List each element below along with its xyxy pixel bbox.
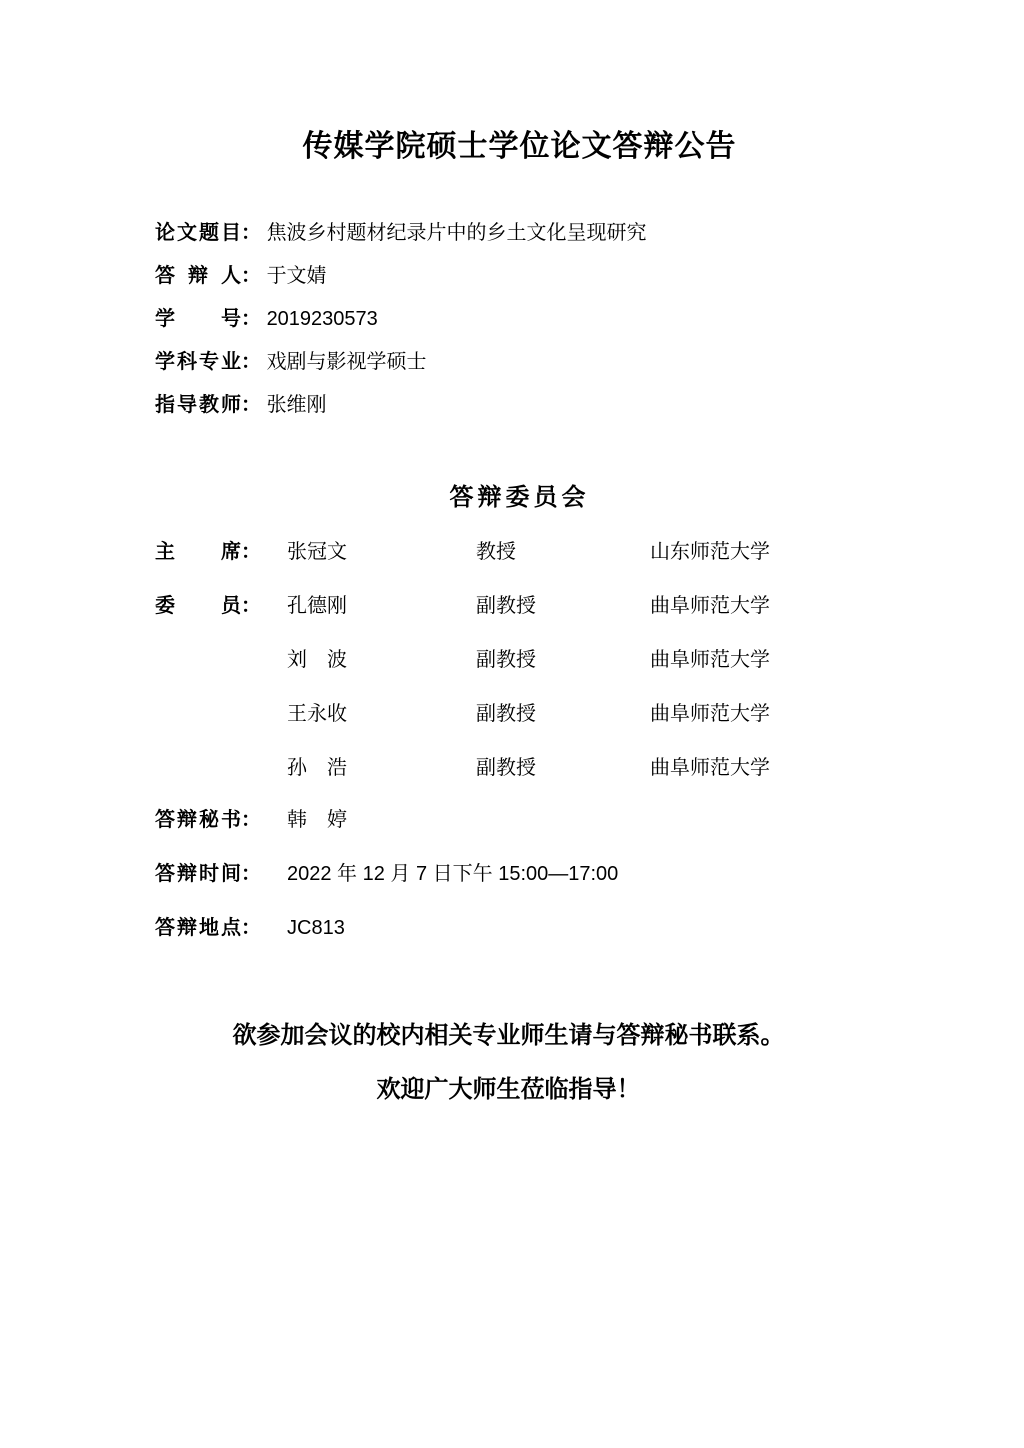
field-thesis-title: 论文题目： 焦波乡村题材纪录片中的乡土文化呈现研究 [155,221,884,245]
committee-row-member: 孙 浩 副教授 曲阜师范大学 [155,756,884,780]
colon: ： [241,809,261,831]
committee-member-name: 孙 浩 [287,756,476,780]
committee-row-chair: 主席： 张冠文 教授 山东师范大学 [155,540,884,564]
committee-row-member: 刘 波 副教授 曲阜师范大学 [155,648,884,672]
field-value: 戏剧与影视学硕士 [267,351,427,373]
detail-value: 2022 年 12 月 7 日下午 15:00—17:00 [287,862,618,886]
field-advisor: 指导教师： 张维刚 [155,393,884,417]
committee-member-name: 孔德刚 [287,594,476,618]
committee-member-name: 张冠文 [287,540,476,564]
field-value: 于文婧 [267,265,327,287]
colon: ： [241,265,261,287]
committee-role [155,648,287,672]
field-value: 焦波乡村题材纪录片中的乡土文化呈现研究 [267,222,647,244]
committee-role [155,756,287,780]
committee-member-title: 副教授 [476,648,650,672]
field-label: 学号： [155,308,261,330]
colon: ： [241,351,261,373]
detail-label: 答辩秘书： [155,808,287,832]
field-major: 学科专业： 戏剧与影视学硕士 [155,350,884,374]
field-student-id: 学号： 2019230573 [155,307,884,331]
committee-role: 主席： [155,540,287,564]
announcement-page: 传媒学院硕士学位论文答辩公告 论文题目： 焦波乡村题材纪录片中的乡土文化呈现研究… [0,0,1024,1448]
field-label: 学科专业： [155,351,261,373]
committee-member-affiliation: 曲阜师范大学 [650,702,770,726]
committee-member-title: 副教授 [476,756,650,780]
field-label: 论文题目： [155,222,261,244]
detail-label: 答辩时间： [155,862,287,886]
detail-value: JC813 [287,916,345,940]
committee-member-name: 刘 波 [287,648,476,672]
committee-role: 委员： [155,594,287,618]
colon: ： [241,863,261,885]
committee-member-affiliation: 曲阜师范大学 [650,648,770,672]
footer-contact-note: 欲参加会议的校内相关专业师生请与答辩秘书联系。 [155,1023,862,1049]
committee-member-title: 教授 [476,540,650,564]
colon: ： [241,595,261,617]
committee-row-member: 委员： 孔德刚 副教授 曲阜师范大学 [155,594,884,618]
detail-label: 答辩地点： [155,916,287,940]
committee-member-affiliation: 山东师范大学 [650,540,770,564]
committee-role [155,702,287,726]
colon: ： [241,308,261,330]
detail-secretary: 答辩秘书： 韩 婷 [155,808,884,832]
defense-details: 答辩秘书： 韩 婷 答辩时间： 2022 年 12 月 7 日下午 15:00—… [155,808,884,940]
field-label: 答辩人： [155,265,261,287]
committee-member-title: 副教授 [476,702,650,726]
colon: ： [241,222,261,244]
committee-heading: 答辩委员会 [155,485,884,511]
info-fields: 论文题目： 焦波乡村题材纪录片中的乡土文化呈现研究 答辩人： 于文婧 学号： 2… [155,221,884,417]
committee-table: 主席： 张冠文 教授 山东师范大学 委员： 孔德刚 副教授 曲阜师范大学 刘 波… [155,540,884,780]
colon: ： [241,917,261,939]
field-value: 张维刚 [267,394,327,416]
field-defender: 答辩人： 于文婧 [155,264,884,288]
field-label: 指导教师： [155,394,261,416]
committee-member-name: 王永收 [287,702,476,726]
committee-member-affiliation: 曲阜师范大学 [650,756,770,780]
page-title: 传媒学院硕士学位论文答辩公告 [155,130,884,164]
committee-member-title: 副教授 [476,594,650,618]
committee-row-member: 王永收 副教授 曲阜师范大学 [155,702,884,726]
colon: ： [241,394,261,416]
footer-notes: 欲参加会议的校内相关专业师生请与答辩秘书联系。 欢迎广大师生莅临指导！ [155,1023,884,1103]
colon: ： [241,541,261,563]
footer-welcome-note: 欢迎广大师生莅临指导！ [155,1077,862,1103]
detail-time: 答辩时间： 2022 年 12 月 7 日下午 15:00—17:00 [155,862,884,886]
field-value: 2019230573 [267,308,378,330]
detail-location: 答辩地点： JC813 [155,916,884,940]
committee-member-affiliation: 曲阜师范大学 [650,594,770,618]
detail-value: 韩 婷 [287,808,347,832]
